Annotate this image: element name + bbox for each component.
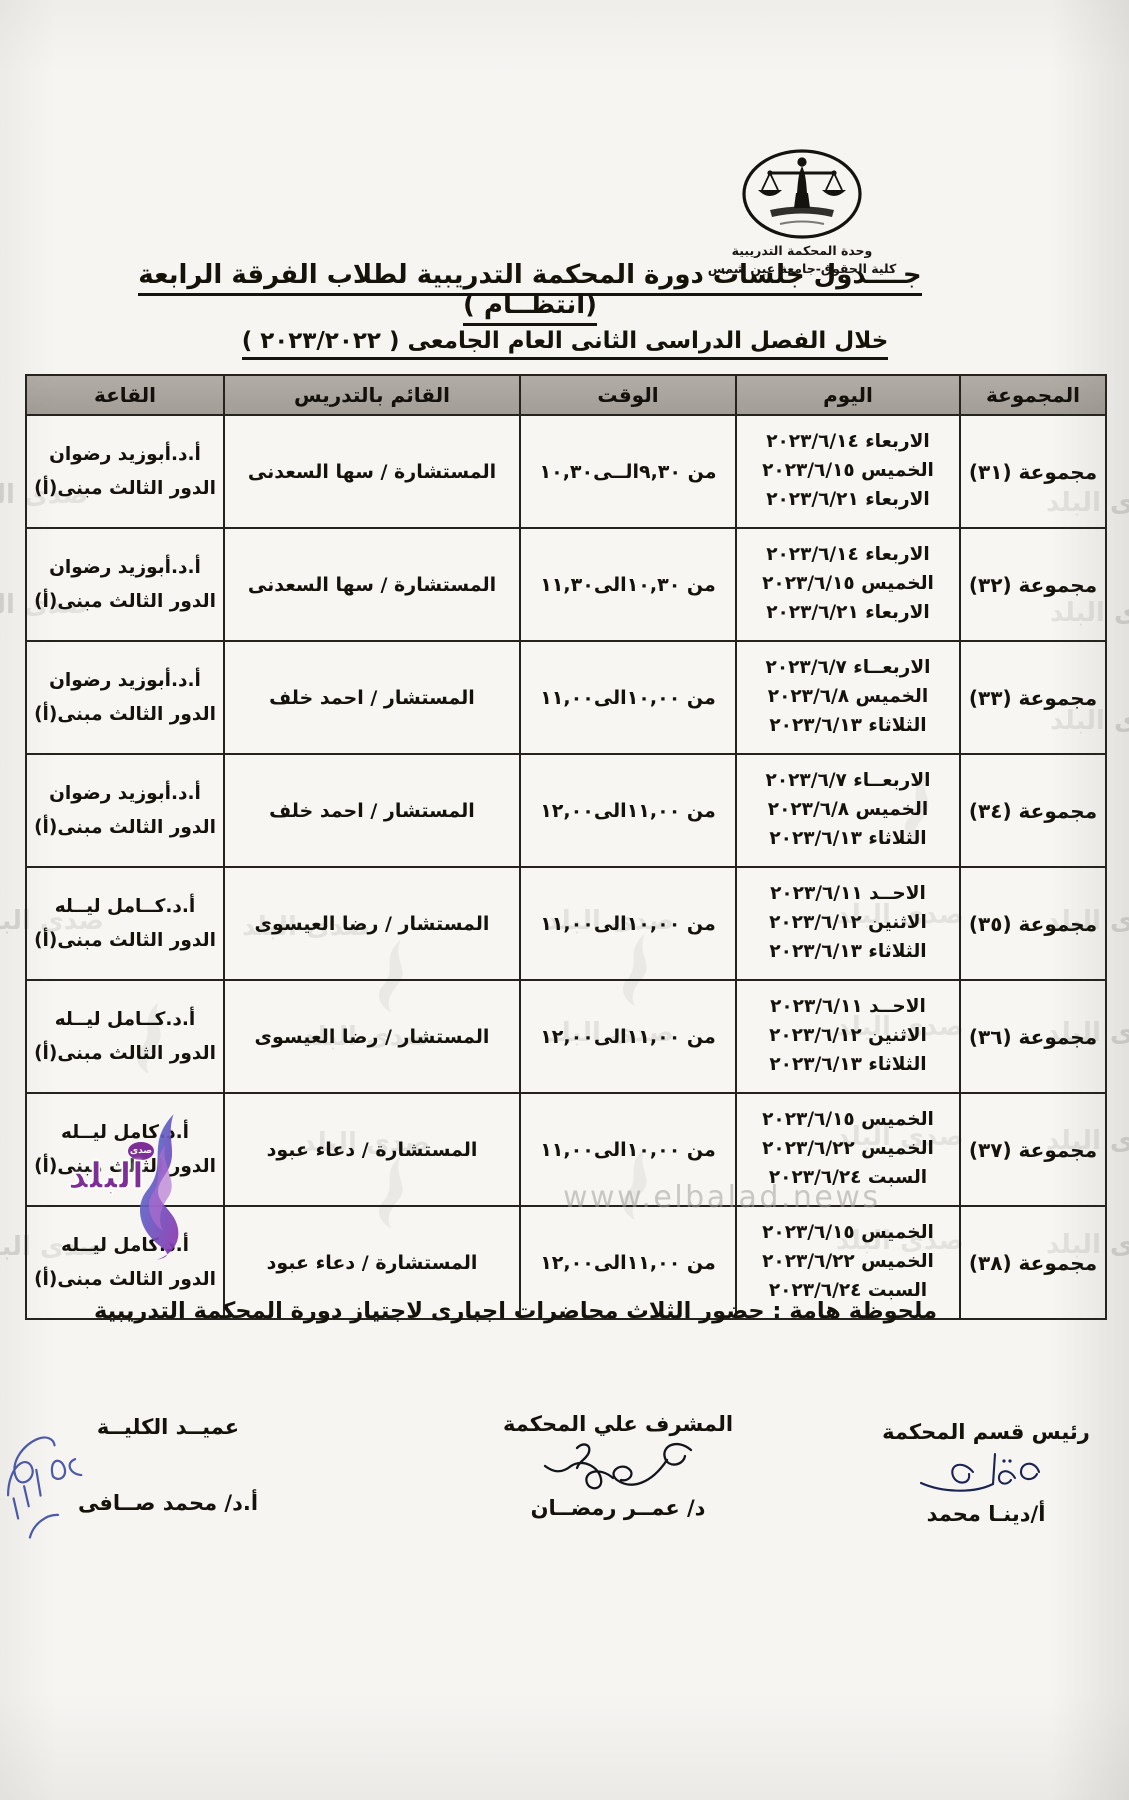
table-row: مجموعة (٣١)الاربعاء ٢٠٢٣/٦/١٤الخميس ٢٠٢٣… [26, 415, 1106, 528]
group-cell: مجموعة (٣٧) [960, 1093, 1106, 1206]
table-row: مجموعة (٣٢)الاربعاء ٢٠٢٣/٦/١٤الخميس ٢٠٢٣… [26, 528, 1106, 641]
day-cell: الاربعــاء ٢٠٢٣/٦/٧الخميس ٢٠٢٣/٦/٨الثلاث… [736, 754, 960, 867]
signature-name: أ/دينـا محمد [880, 1502, 1092, 1526]
group-cell: مجموعة (٣٥) [960, 867, 1106, 980]
signature-block-dean: عميــد الكليــة أ.د/ محمد صــافى [66, 1415, 270, 1515]
signature-block-supervisor: المشرف علي المحكمة د/ عمــر رمضــان [492, 1412, 744, 1520]
signature-title: المشرف علي المحكمة [492, 1412, 744, 1436]
teacher-cell: المستشار / رضا العيسوى [224, 867, 520, 980]
news-site-watermark: www.elbalad.news [563, 1180, 881, 1215]
day-cell: الاربعاء ٢٠٢٣/٦/١٤الخميس ٢٠٢٣/٦/١٥الاربع… [736, 528, 960, 641]
hall-cell: أ.د.أبوزيد رضوانالدور الثالث مبنى(أ) [26, 415, 224, 528]
handwritten-signature-omar [533, 1438, 703, 1496]
time-cell: من ١٠,٣٠الى١١,٣٠ [520, 528, 736, 641]
signature-title: رئيس قسم المحكمة [880, 1420, 1092, 1444]
teacher-cell: المستشارة / سها السعدنى [224, 415, 520, 528]
teacher-cell: المستشار / احمد خلف [224, 754, 520, 867]
schedule-table: المجموعة اليوم الوقت القائم بالتدريس الق… [25, 374, 1107, 1320]
group-cell: مجموعة (٣٤) [960, 754, 1106, 867]
teacher-cell: المستشارة / دعاء عبود [224, 1093, 520, 1206]
hall-cell: أ.د.أبوزيد رضوانالدور الثالث مبنى(أ) [26, 754, 224, 867]
group-cell: مجموعة (٣٢) [960, 528, 1106, 641]
table-row: مجموعة (٣٥)الاحــد ٢٠٢٣/٦/١١الاثنين ٢٠٢٣… [26, 867, 1106, 980]
hall-cell: أ.د.كــامل ليــلهالدور الثالث مبنى(أ) [26, 867, 224, 980]
group-cell: مجموعة (٣١) [960, 415, 1106, 528]
hall-cell: أ.د.أبوزيد رضوانالدور الثالث مبنى(أ) [26, 528, 224, 641]
scales-of-justice-logo [740, 148, 864, 240]
time-cell: من ١١,٠٠الى١٢,٠٠ [520, 754, 736, 867]
time-cell: من ١٠,٠٠الى١١,٠٠ [520, 641, 736, 754]
hall-cell: أ.د.كامل ليــلهالدور الثالث مبنى(أ) [26, 1093, 224, 1206]
hall-cell: أ.د.كــامل ليــلهالدور الثالث مبنى(أ) [26, 980, 224, 1093]
signature-block-court-head: رئيس قسم المحكمة أ/دينـا محمد [880, 1420, 1092, 1526]
time-cell: من ٩,٣٠الــى١٠,٣٠ [520, 415, 736, 528]
time-cell: من ١٠,٠٠الى١١,٠٠ [520, 867, 736, 980]
day-cell: الاربعــاء ٢٠٢٣/٦/٧الخميس ٢٠٢٣/٦/٨الثلاث… [736, 641, 960, 754]
document-title-line2: خلال الفصل الدراسى الثانى العام الجامعى … [180, 328, 950, 354]
col-header-hall: القاعة [26, 375, 224, 415]
table-row: مجموعة (٣٤)الاربعــاء ٢٠٢٣/٦/٧الخميس ٢٠٢… [26, 754, 1106, 867]
teacher-cell: المستشار / رضا العيسوى [224, 980, 520, 1093]
table-row: مجموعة (٣٦)الاحــد ٢٠٢٣/٦/١١الاثنين ٢٠٢٣… [26, 980, 1106, 1093]
day-cell: الاحــد ٢٠٢٣/٦/١١الاثنين ٢٠٢٣/٦/١٢الثلاث… [736, 980, 960, 1093]
table-header-row: المجموعة اليوم الوقت القائم بالتدريس الق… [26, 375, 1106, 415]
day-cell: الاحــد ٢٠٢٣/٦/١١الاثنين ٢٠٢٣/٦/١٢الثلاث… [736, 867, 960, 980]
signature-name: د/ عمــر رمضــان [492, 1496, 744, 1520]
emblem-caption-unit: وحدة المحكمة التدريبية [700, 243, 904, 259]
scanned-document-page: صدى البلدصدى البلدصدى البلدصدى البلدصدى … [0, 0, 1129, 1800]
signature-name: أ.د/ محمد صــافى [66, 1491, 270, 1515]
signature-title: عميــد الكليــة [66, 1415, 270, 1439]
col-header-group: المجموعة [960, 375, 1106, 415]
group-cell: مجموعة (٣٦) [960, 980, 1106, 1093]
hall-cell: أ.د.أبوزيد رضوانالدور الثالث مبنى(أ) [26, 641, 224, 754]
col-header-teacher: القائم بالتدريس [224, 375, 520, 415]
table-row: مجموعة (٣٣)الاربعــاء ٢٠٢٣/٦/٧الخميس ٢٠٢… [26, 641, 1106, 754]
teacher-cell: المستشارة / سها السعدنى [224, 528, 520, 641]
handwritten-signature-dina [911, 1446, 1061, 1502]
time-cell: من ١١,٠٠الى١٢,٠٠ [520, 980, 736, 1093]
scales-of-justice-icon [740, 148, 864, 240]
group-cell: مجموعة (٣٨) [960, 1206, 1106, 1319]
document-title-line1: جــــدول جلسات دورة المحكمة التدريبية لط… [135, 260, 925, 320]
day-cell: الاربعاء ٢٠٢٣/٦/١٤الخميس ٢٠٢٣/٦/١٥الاربع… [736, 415, 960, 528]
signature-gap [66, 1439, 270, 1491]
teacher-cell: المستشار / احمد خلف [224, 641, 520, 754]
group-cell: مجموعة (٣٣) [960, 641, 1106, 754]
col-header-day: اليوم [736, 375, 960, 415]
col-header-time: الوقت [520, 375, 736, 415]
important-note: ملحوظة هامة : حضور الثلاث محاضرات اجبارى… [94, 1298, 937, 1324]
